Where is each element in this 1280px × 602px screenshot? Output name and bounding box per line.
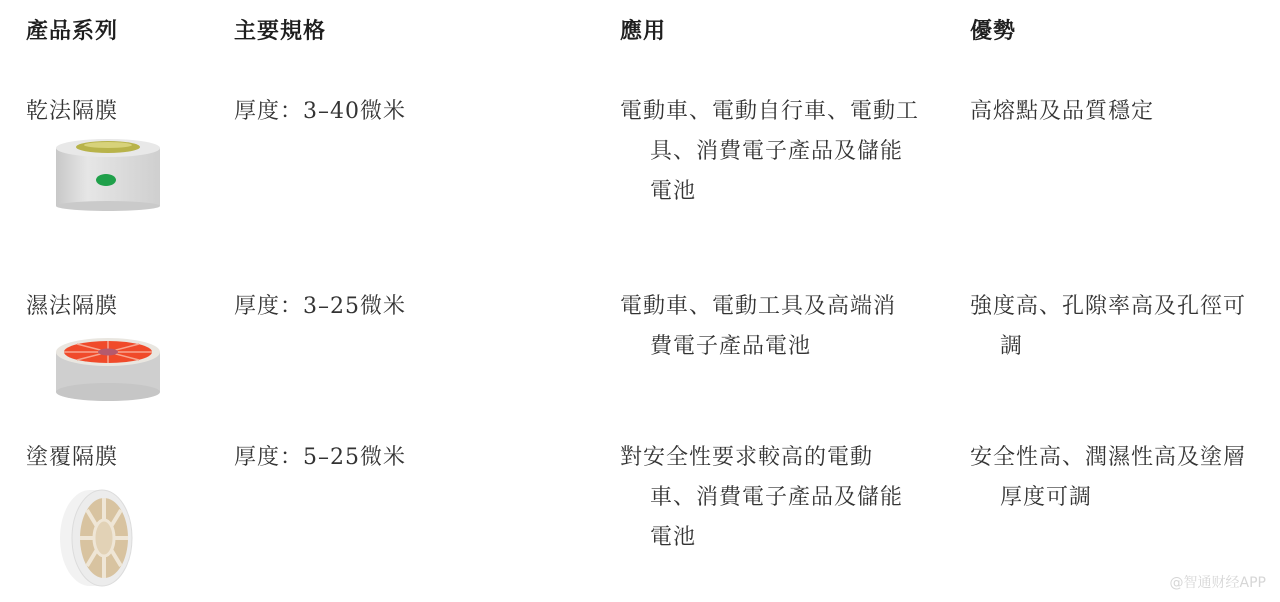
row-advantage: 安全性高、潤濕性高及塗層 厚度可調 [970,438,1246,518]
watermark: @智通财经APP [1170,572,1266,592]
advantage-line: 調 [970,327,1246,367]
application-line: 電池 [620,518,903,558]
row-application: 對安全性要求較高的電動 車、消費電子產品及儲能 電池 [620,438,903,558]
row-name: 乾法隔膜 [26,92,118,132]
row-name: 濕法隔膜 [26,287,118,327]
wet-separator-roll-icon [52,330,164,408]
header-main-spec: 主要規格 [234,14,326,45]
row-name: 塗覆隔膜 [26,438,118,478]
advantage-line: 強度高、孔隙率高及孔徑可 [970,287,1246,327]
advantage-line: 安全性高、潤濕性高及塗層 [970,438,1246,478]
header-application: 應用 [620,14,666,45]
coated-separator-roll-icon [54,486,138,594]
application-line: 電動車、電動工具及高端消 [620,287,896,327]
row-spec: 厚度：5–25微米 [234,438,406,478]
advantage-line: 高熔點及品質穩定 [970,92,1154,132]
row-advantage: 強度高、孔隙率高及孔徑可 調 [970,287,1246,367]
row-application: 電動車、電動自行車、電動工 具、消費電子產品及儲能 電池 [620,92,919,212]
header-advantage: 優勢 [970,14,1016,45]
application-line: 對安全性要求較高的電動 [620,438,903,478]
application-line: 電池 [620,172,919,212]
row-application: 電動車、電動工具及高端消 費電子產品電池 [620,287,896,367]
dry-separator-roll-icon [52,136,164,216]
application-line: 車、消費電子產品及儲能 [620,478,903,518]
application-line: 電動車、電動自行車、電動工 [620,92,919,132]
header-product-series: 產品系列 [26,14,118,45]
row-advantage: 高熔點及品質穩定 [970,92,1154,132]
row-spec: 厚度：3–40微米 [234,92,406,132]
application-line: 具、消費電子產品及儲能 [620,132,919,172]
application-line: 費電子產品電池 [620,327,896,367]
advantage-line: 厚度可調 [970,478,1246,518]
row-spec: 厚度：3–25微米 [234,287,406,327]
